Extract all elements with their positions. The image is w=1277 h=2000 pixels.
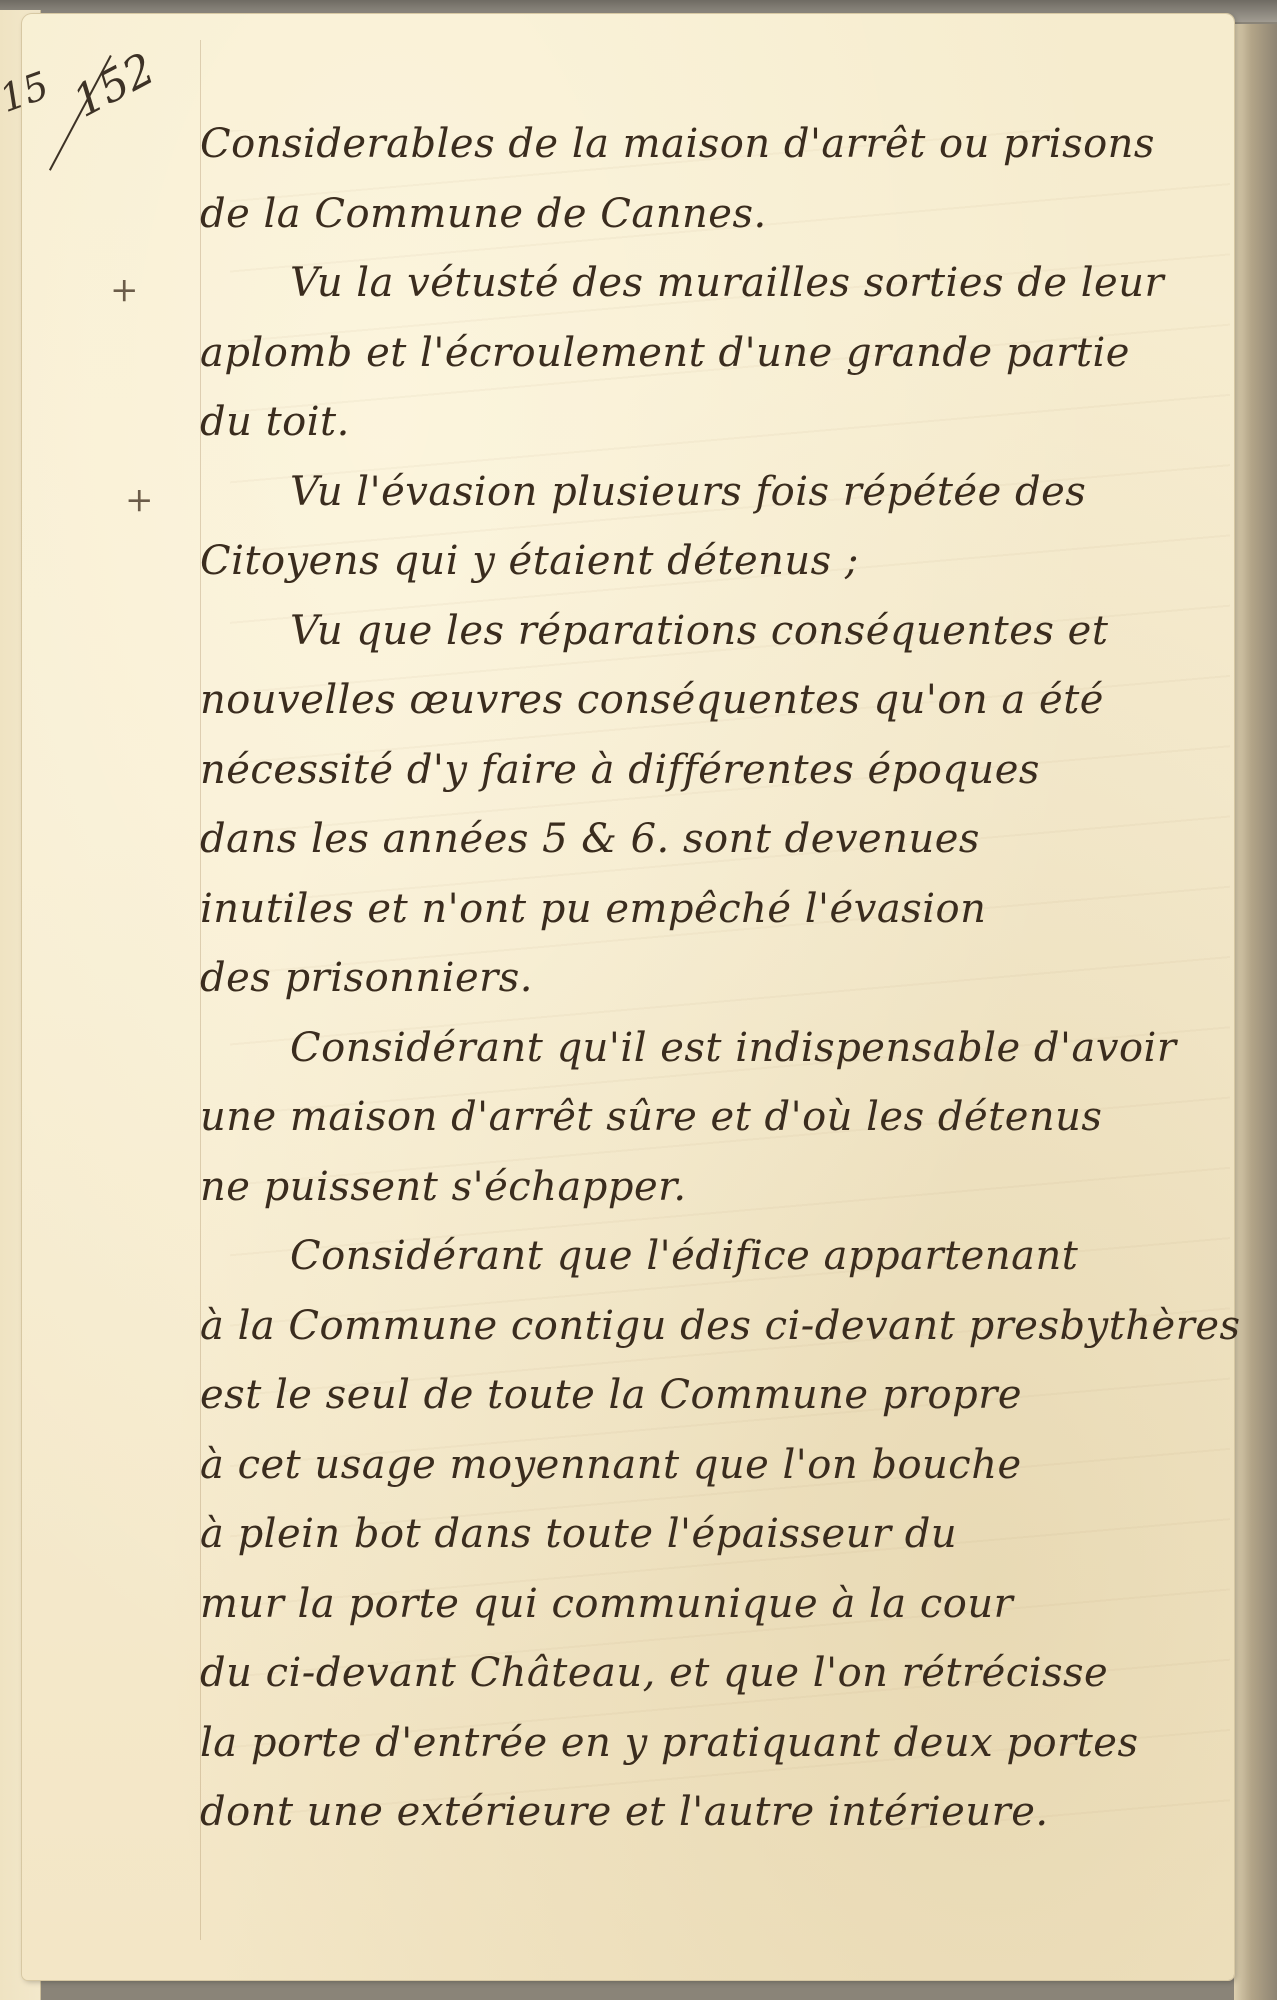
text-line: Vu que les réparations conséquentes et (200, 597, 1230, 667)
text-line: est le seul de toute la Commune propre (200, 1361, 1230, 1431)
text-line: Considérant que l'édifice appartenant (200, 1222, 1230, 1292)
margin-cross-mark: + (125, 480, 154, 520)
text-line: ne puissent s'échapper. (200, 1153, 1230, 1223)
margin-cross-mark: + (110, 270, 139, 310)
handwritten-text: Considerables de la maison d'arrêt ou pr… (200, 110, 1230, 1848)
book-binding-edge (1234, 24, 1277, 2000)
text-line: de la Commune de Cannes. (200, 180, 1230, 250)
text-line: des prisonniers. (200, 944, 1230, 1014)
text-line: du ci-devant Château, et que l'on rétréc… (200, 1639, 1230, 1709)
text-line: à la Commune contigu des ci-devant presb… (200, 1292, 1230, 1362)
text-line: inutiles et n'ont pu empêché l'évasion (200, 875, 1230, 945)
text-line: Considerables de la maison d'arrêt ou pr… (200, 110, 1230, 180)
text-line: du toit. (200, 388, 1230, 458)
text-line: la porte d'entrée en y pratiquant deux p… (200, 1709, 1230, 1779)
text-line: nouvelles œuvres conséquentes qu'on a ét… (200, 666, 1230, 736)
text-line: mur la porte qui communique à la cour (200, 1570, 1230, 1640)
text-line: Citoyens qui y étaient détenus ; (200, 527, 1230, 597)
text-line: Vu la vétusté des murailles sorties de l… (200, 249, 1230, 319)
text-line: nécessité d'y faire à différentes époque… (200, 736, 1230, 806)
text-line: Considérant qu'il est indispensable d'av… (200, 1014, 1230, 1084)
text-line: à plein bot dans toute l'épaisseur du (200, 1500, 1230, 1570)
text-line: Vu l'évasion plusieurs fois répétée des (200, 458, 1230, 528)
text-line: une maison d'arrêt sûre et d'où les déte… (200, 1083, 1230, 1153)
text-line: à cet usage moyennant que l'on bouche (200, 1431, 1230, 1501)
text-line: dans les années 5 & 6. sont devenues (200, 805, 1230, 875)
text-line: aplomb et l'écroulement d'une grande par… (200, 319, 1230, 389)
text-line: dont une extérieure et l'autre intérieur… (200, 1778, 1230, 1848)
